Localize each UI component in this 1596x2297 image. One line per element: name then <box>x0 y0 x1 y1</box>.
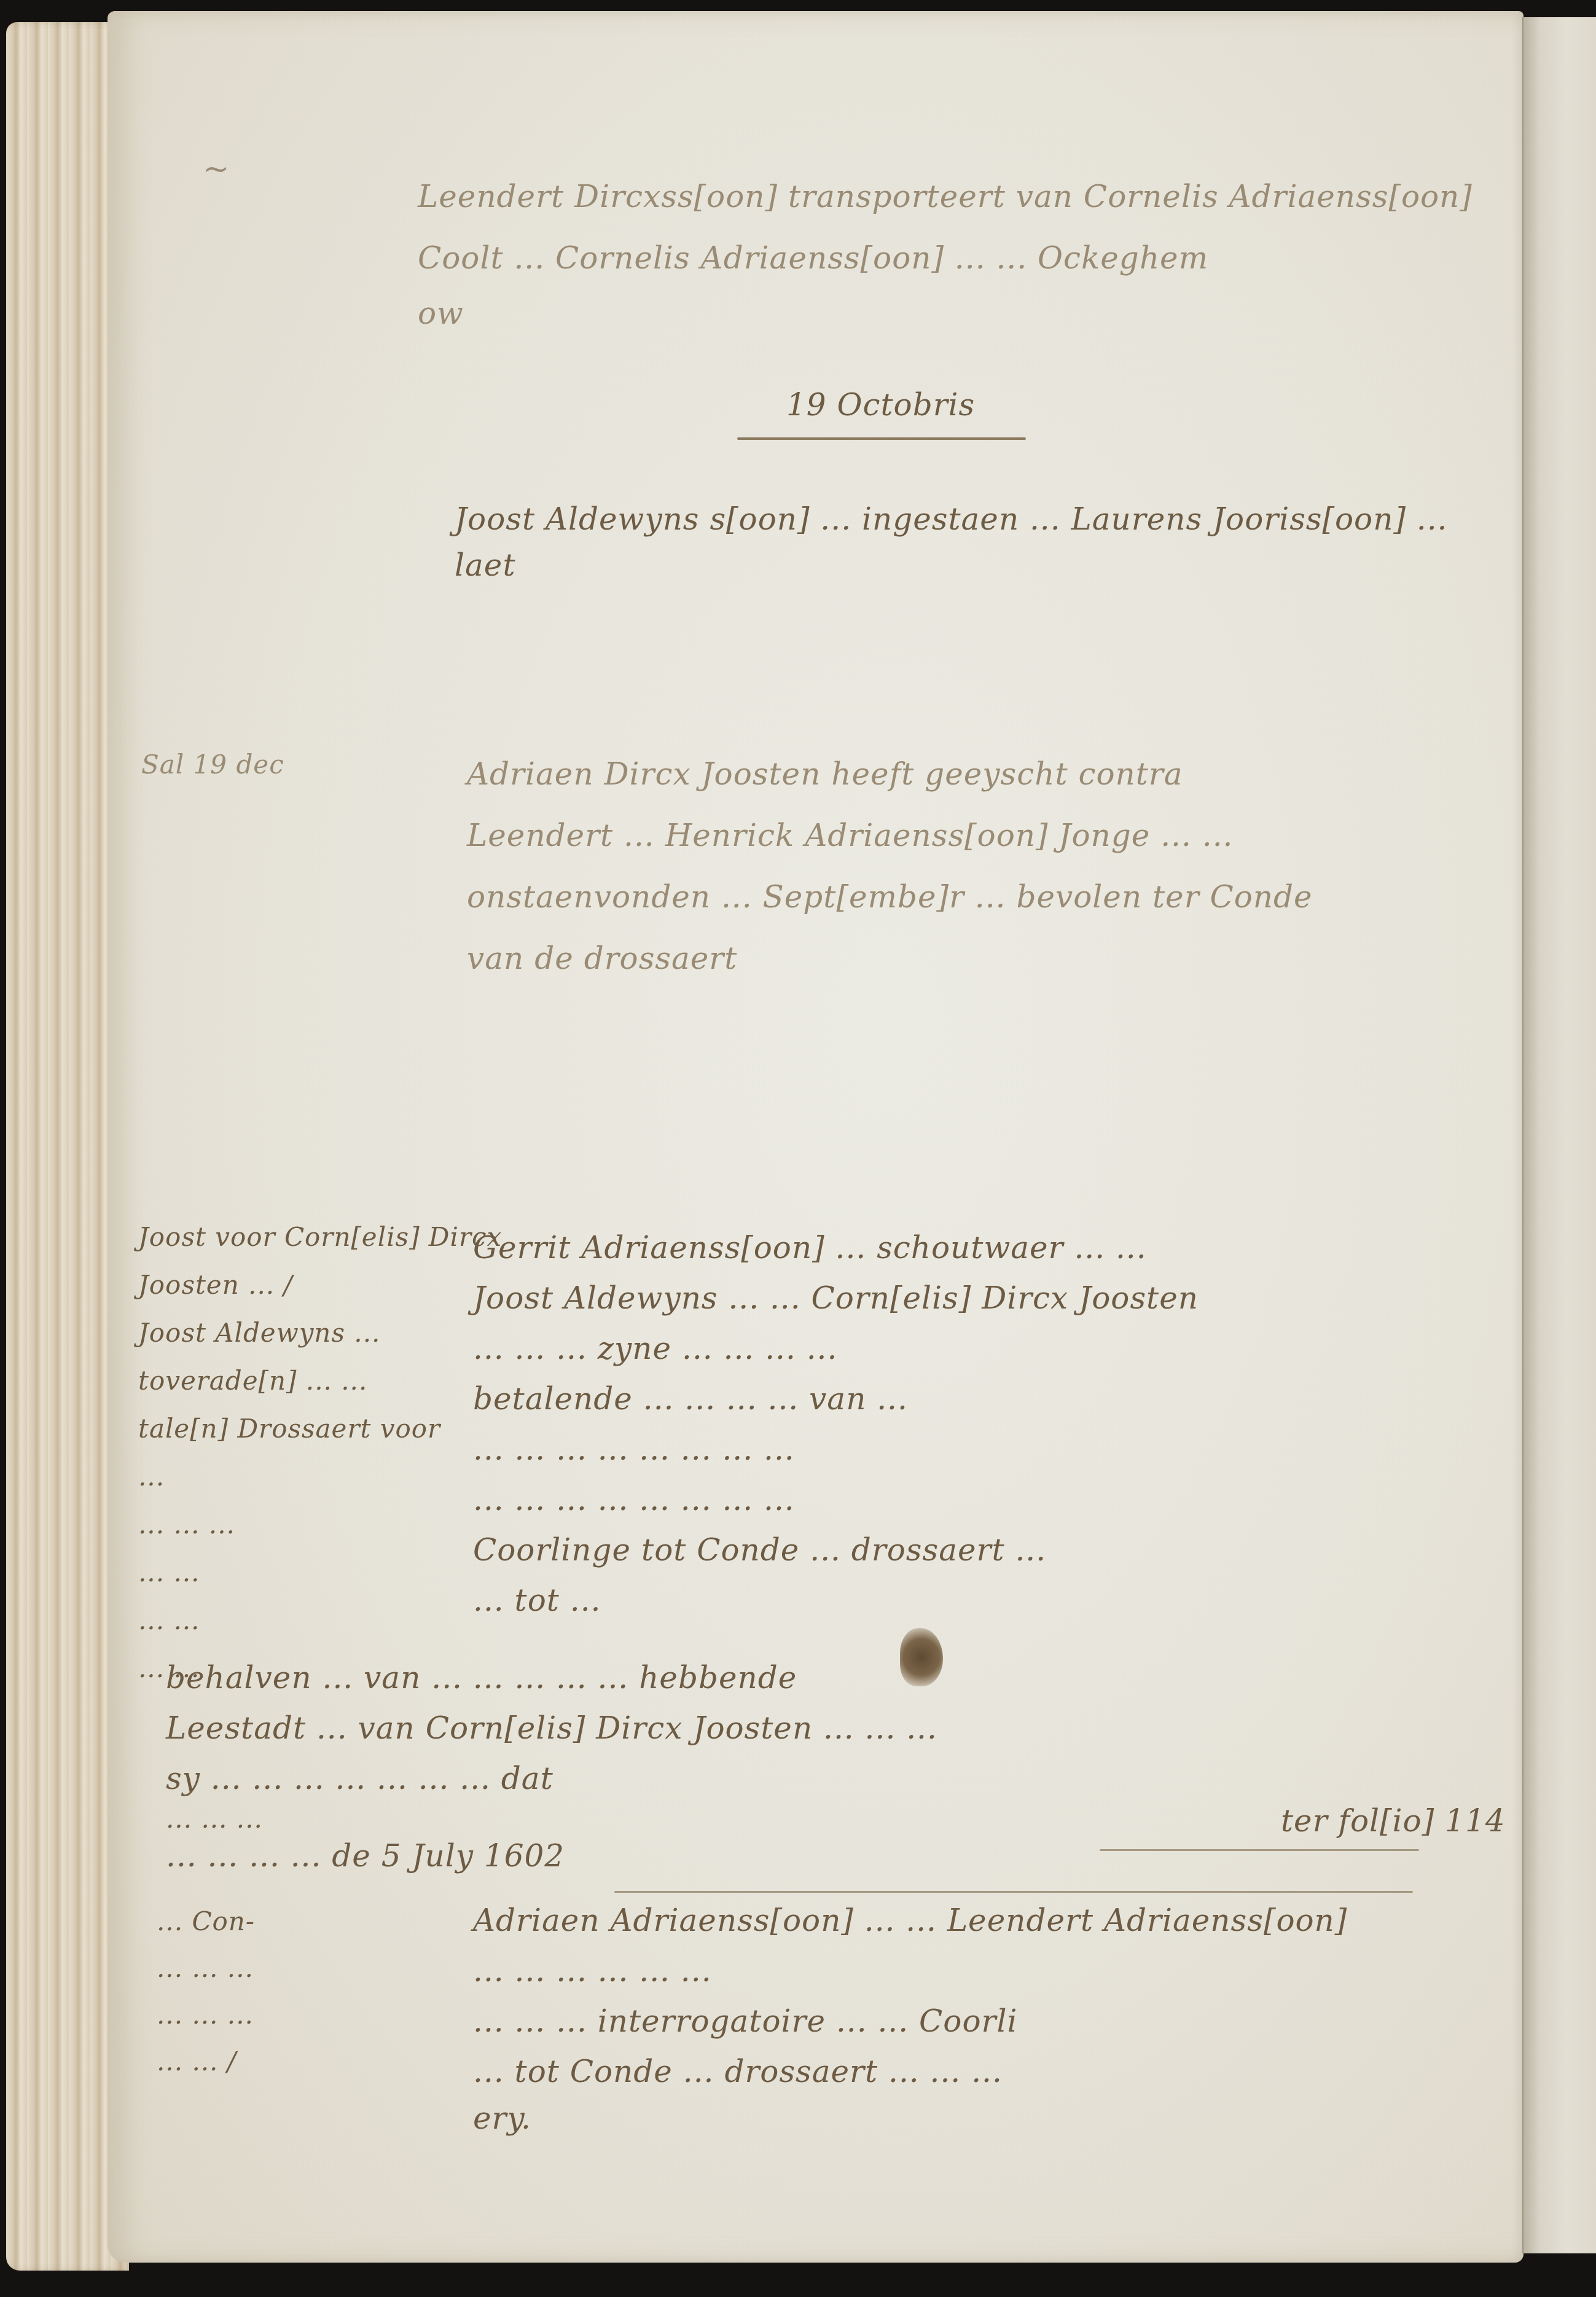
entry-line: ery. <box>473 2097 1347 2140</box>
date-heading: 19 Octobris <box>786 387 975 423</box>
entry-3: Adriaen Dircx Joosten heeft geeyscht con… <box>467 743 1313 989</box>
entry-6-margin: ... Con- ... ... ... ... ... ... ... ...… <box>157 1898 255 2085</box>
margin-note: ... ... ... <box>138 1501 502 1549</box>
margin-note: ... Con- <box>157 1898 255 1945</box>
margin-note: ... <box>138 1453 502 1501</box>
entry-6: Adriaen Adriaenss[oon] ... ... Leendert … <box>473 1895 1347 2140</box>
entry-line: onstaenvonden ... Sept[embe]r ... bevole… <box>467 866 1313 928</box>
entry-line: ... ... ... ... ... ... <box>473 1946 1347 1996</box>
entry-line: ... ... ... zyne ... ... ... ... <box>473 1323 1199 1374</box>
entry-line: ... ... ... <box>166 1804 937 1834</box>
entry-line: ... tot Conde ... drossaert ... ... ... <box>473 2046 1347 2097</box>
margin-note: ... ... <box>138 1549 502 1597</box>
entry-line: behalven ... van ... ... ... ... ... heb… <box>166 1653 937 1703</box>
entry-line: laet <box>455 547 1447 584</box>
entry-line: Joost Aldewyns ... ... Corn[elis] Dircx … <box>473 1273 1199 1323</box>
margin-note: ... ... ... <box>157 1945 255 1992</box>
margin-note: ... ... <box>138 1597 502 1645</box>
entry-line: Coorlinge tot Conde ... drossaert ... <box>473 1525 1199 1575</box>
folio-cross-reference: ter fol[io] 114 <box>1281 1803 1506 1839</box>
top-left-mark: ~ <box>203 151 230 187</box>
entry-line: Adriaen Adriaenss[oon] ... ... Leendert … <box>473 1895 1347 1946</box>
entry-1: Leendert Dircxss[oon] transporteert van … <box>418 166 1473 338</box>
entry-line: Leendert Dircxss[oon] transporteert van … <box>418 166 1473 227</box>
entry-4: Gerrit Adriaenss[oon] ... schoutwaer ...… <box>473 1223 1199 1626</box>
entry-line: van de drossaert <box>467 928 1313 989</box>
entry-line: ... ... ... interrogatoire ... ... Coorl… <box>473 1996 1347 2046</box>
facing-page-edge <box>1522 17 1596 2253</box>
entry-line: Gerrit Adriaenss[oon] ... schoutwaer ...… <box>473 1223 1199 1273</box>
margin-note: Joost Aldewyns ... <box>138 1309 502 1357</box>
entry-line: ... ... ... ... ... ... ... ... <box>473 1474 1199 1525</box>
entry-line: Leendert ... Henrick Adriaenss[oon] Jong… <box>467 805 1313 866</box>
entry-line: ... ... ... ... ... ... ... ... <box>473 1424 1199 1474</box>
entry-line: ow <box>418 289 1473 338</box>
entry-4-margin: Joost voor Corn[elis] Dircx Joosten ... … <box>138 1213 502 1692</box>
margin-note: tale[n] Drossaert voor <box>138 1405 502 1453</box>
separator-rule <box>614 1891 1413 1893</box>
margin-note: Sal 19 dec <box>141 749 284 780</box>
entry-line: sy ... ... ... ... ... ... ... dat <box>166 1753 937 1804</box>
entry-line: Joost Aldewyns s[oon] ... ingestaen ... … <box>455 491 1447 547</box>
margin-note: toverade[n] ... ... <box>138 1357 502 1405</box>
entry-2: Joost Aldewyns s[oon] ... ingestaen ... … <box>455 491 1447 584</box>
closing-rule <box>1100 1849 1419 1851</box>
entry-line: ... ... ... ... de 5 July 1602 <box>166 1834 937 1877</box>
margin-note: ... ... / <box>157 2038 255 2085</box>
entry-line: Adriaen Dircx Joosten heeft geeyscht con… <box>467 743 1313 805</box>
entry-line: Leestadt ... van Corn[elis] Dircx Jooste… <box>166 1703 937 1753</box>
margin-note: ... ... ... <box>157 1992 255 2038</box>
entry-line: betalende ... ... ... ... van ... <box>473 1374 1199 1424</box>
margin-note: Joosten ... / <box>138 1261 502 1309</box>
entry-line: ... tot ... <box>473 1575 1199 1626</box>
heading-underline <box>737 437 1026 440</box>
margin-note: Joost voor Corn[elis] Dircx <box>138 1213 502 1261</box>
entry-5: behalven ... van ... ... ... ... ... heb… <box>166 1653 937 1877</box>
entry-line: Coolt ... Cornelis Adriaenss[oon] ... ..… <box>418 227 1473 289</box>
